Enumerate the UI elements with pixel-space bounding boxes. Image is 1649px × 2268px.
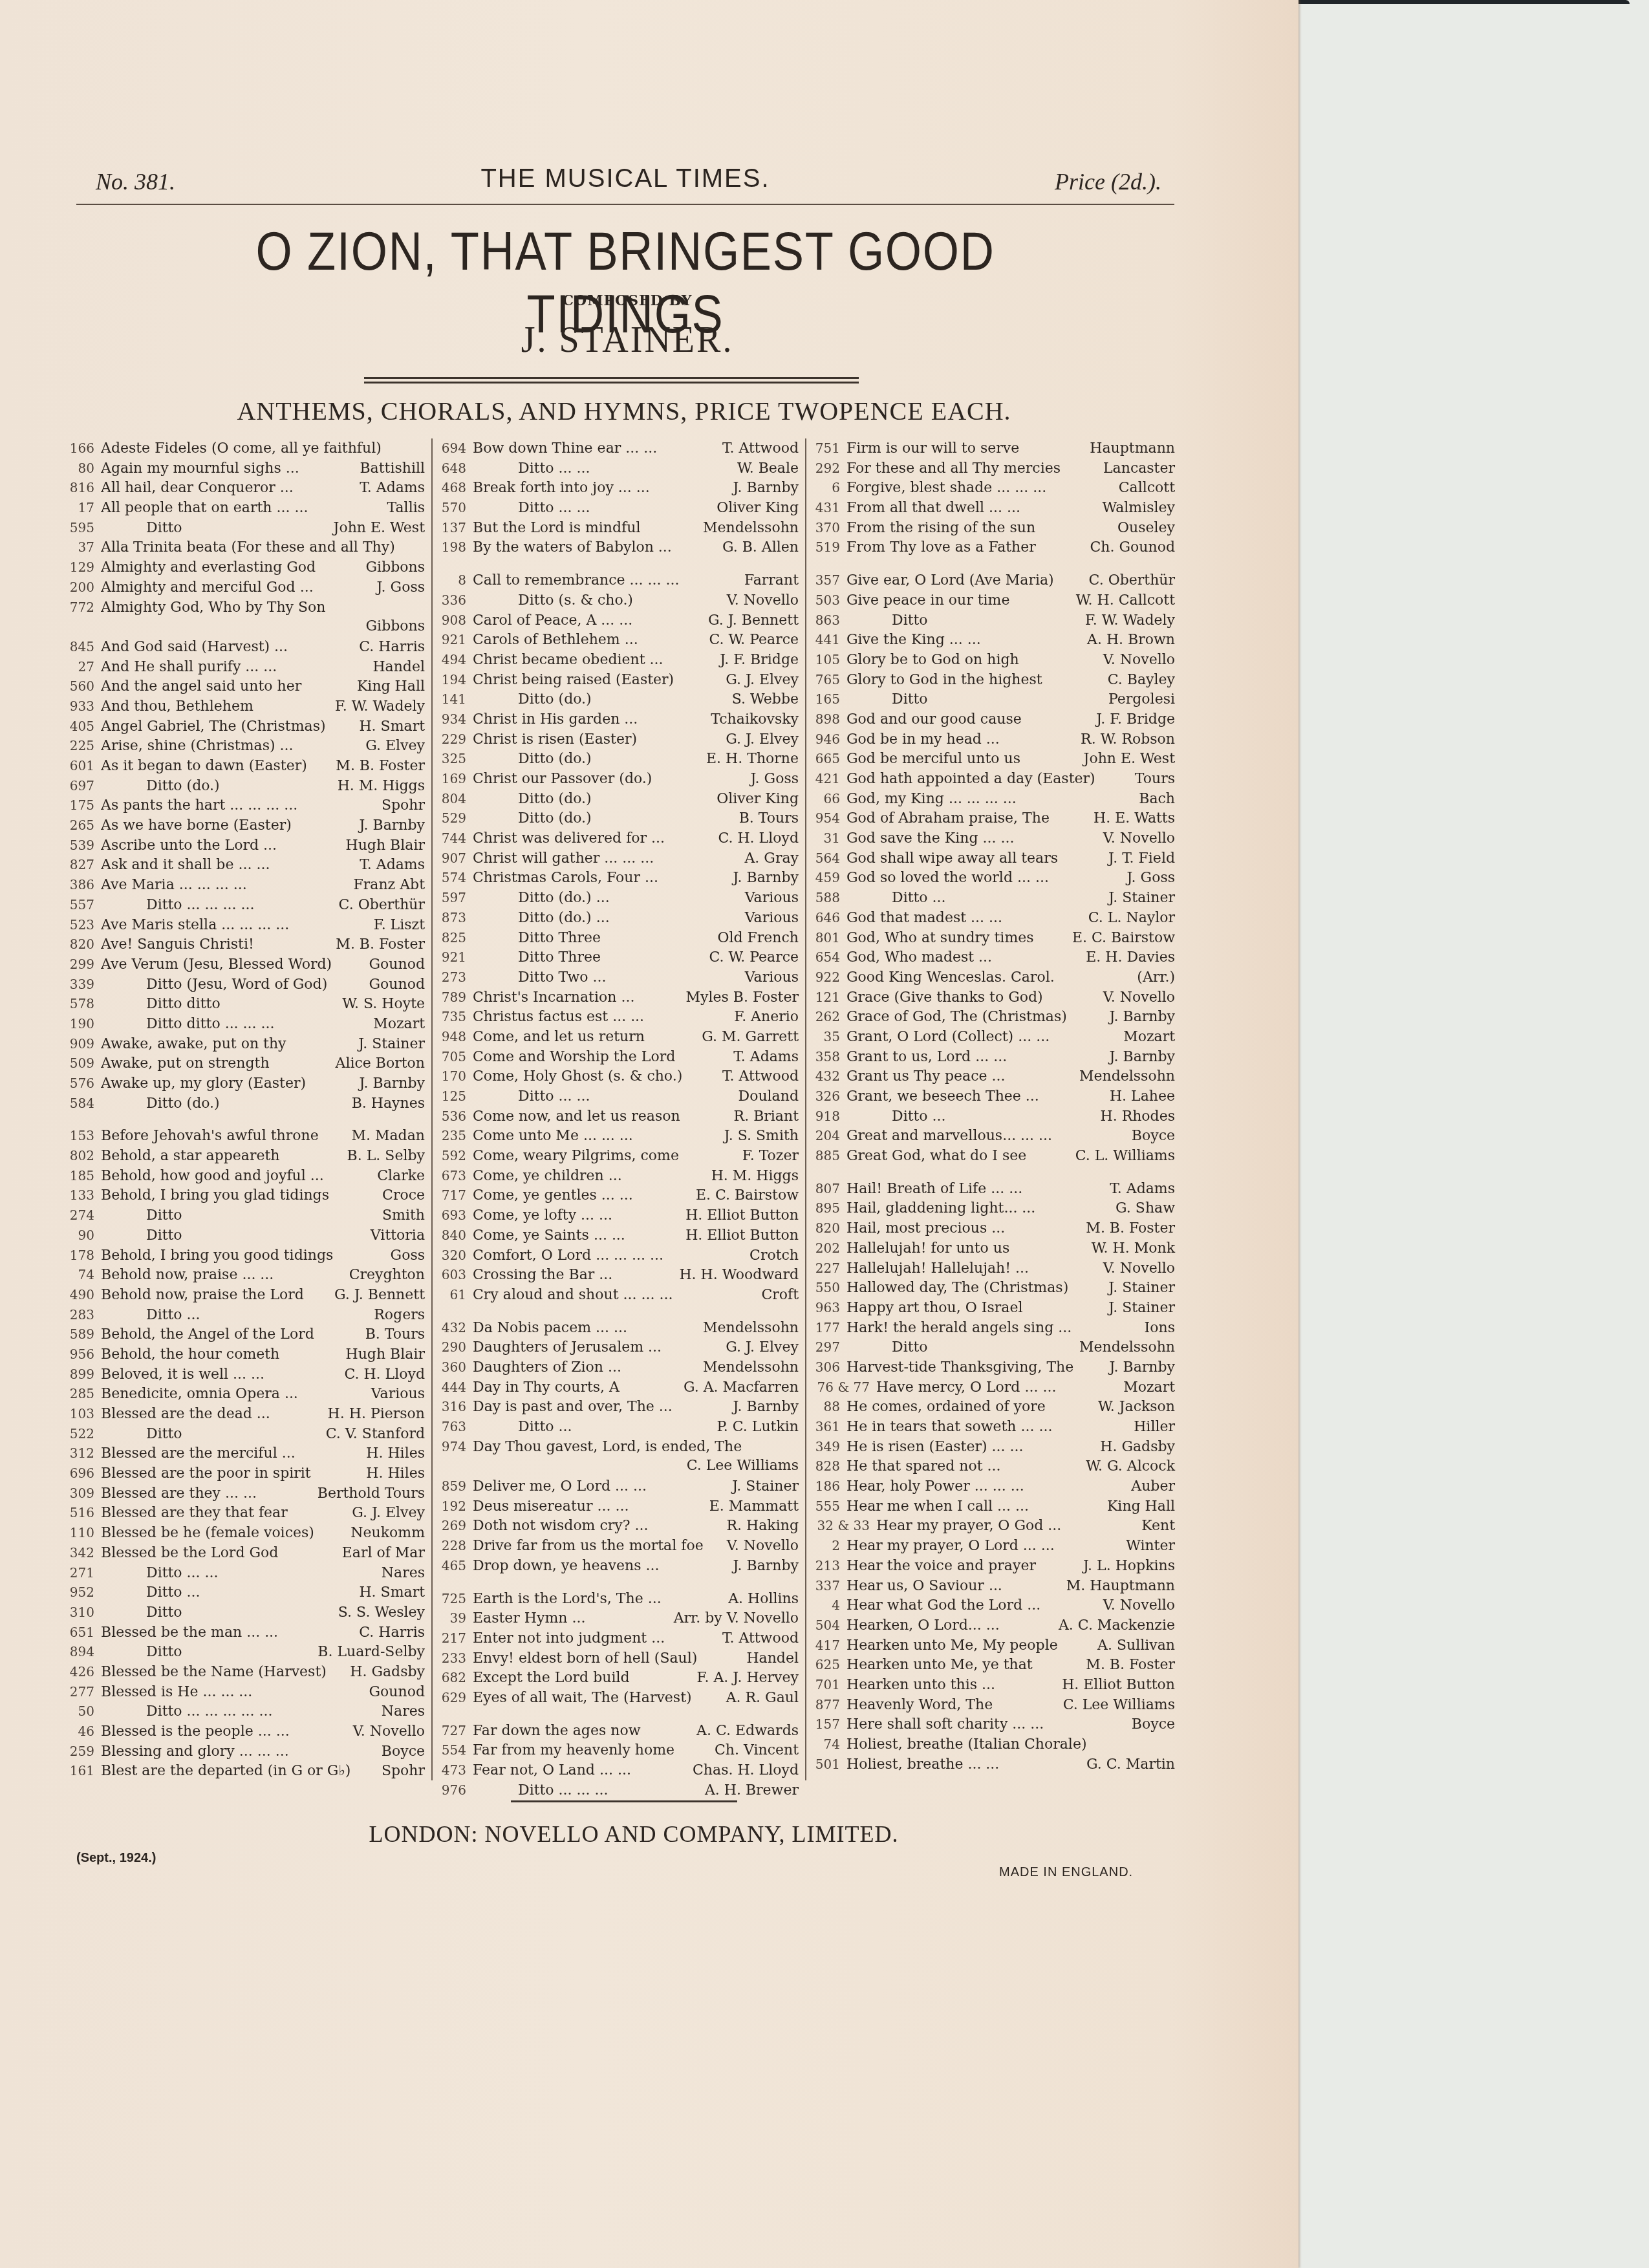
anthem-title: Come, ye children ... xyxy=(473,1167,707,1187)
anthem-title: Ditto ditto xyxy=(101,995,338,1015)
anthem-title: Hear my prayer, O Lord ... ... xyxy=(846,1537,1122,1557)
anthem-title: Almighty God, Who by Thy Son xyxy=(101,598,425,618)
anthem-title: Day in Thy courts, A xyxy=(473,1378,680,1398)
anthem-composer: V. Novello xyxy=(1099,651,1175,671)
catalogue-number: 625 xyxy=(805,1655,846,1675)
catalogue-number: 523 xyxy=(59,915,101,935)
catalogue-entry: 877Heavenly Word, TheC. Lee Williams xyxy=(805,1695,1175,1715)
anthem-title: Day Thou gavest, Lord, is ended, The xyxy=(473,1438,799,1458)
anthem-title: Far down the ages now xyxy=(473,1722,693,1742)
anthem-composer: Mozart xyxy=(1119,1378,1175,1398)
anthem-composer: Kent xyxy=(1137,1517,1175,1537)
anthem-title: Awake, awake, put on thy xyxy=(101,1035,354,1055)
anthem-composer: H. H. Pierson xyxy=(324,1405,425,1425)
publisher-imprint: LONDON: NOVELLO AND COMPANY, LIMITED. xyxy=(0,1820,1267,1848)
catalogue-entry: 39Easter Hymn ...Arr. by V. Novello xyxy=(431,1608,799,1628)
composed-by-label: COMPOSED BY xyxy=(0,292,1255,309)
catalogue-entry: 898God and our good causeJ. F. Bridge xyxy=(805,709,1175,729)
catalogue-column-3: 751Firm is our will to serveHauptmann292… xyxy=(805,438,1175,1774)
anthem-title: God so loved the world ... ... xyxy=(846,869,1123,889)
catalogue-number: 50 xyxy=(59,1701,101,1722)
anthem-composer: J. Barnby xyxy=(1105,1048,1175,1068)
catalogue-entry: 899Beloved, it is well ... ...C. H. Lloy… xyxy=(59,1365,425,1385)
anthem-title: Give ear, O Lord (Ave Maria) xyxy=(846,571,1085,591)
catalogue-number: 725 xyxy=(431,1589,473,1609)
catalogue-entry: 717Come, ye gentles ... ...E. C. Bairsto… xyxy=(431,1185,799,1205)
catalogue-number: 509 xyxy=(59,1053,101,1074)
anthem-title: Come now, and let us reason xyxy=(473,1107,730,1127)
anthem-title: Glory to God in the highest xyxy=(846,671,1104,691)
catalogue-number: 529 xyxy=(431,808,473,828)
catalogue-number: 6 xyxy=(805,478,846,498)
catalogue-entry: 665God be merciful unto usJohn E. West xyxy=(805,749,1175,769)
anthem-composer: B. L. Selby xyxy=(343,1147,425,1167)
anthem-title: Ditto ... ... ... ... ... xyxy=(101,1702,378,1722)
anthem-composer: G. C. Martin xyxy=(1083,1755,1175,1775)
anthem-composer: H. Hiles xyxy=(362,1464,425,1484)
anthem-title: Give peace in our time xyxy=(846,591,1072,611)
catalogue-entry: 357Give ear, O Lord (Ave Maria)C. Oberth… xyxy=(805,570,1175,590)
catalogue-number: 153 xyxy=(59,1126,101,1146)
catalogue-number: 827 xyxy=(59,855,101,875)
catalogue-entry: 137But the Lord is mindfulMendelssohn xyxy=(431,518,799,538)
catalogue-number: 922 xyxy=(805,967,846,988)
catalogue-entry: 801God, Who at sundry timesE. C. Bairsto… xyxy=(805,928,1175,948)
anthem-title: Hearken unto Me, ye that xyxy=(846,1656,1082,1676)
anthem-composer: F. A. J. Hervey xyxy=(693,1669,799,1689)
anthem-composer: J. Stainer xyxy=(728,1477,799,1497)
catalogue-number: 465 xyxy=(431,1556,473,1576)
anthem-composer: Mozart xyxy=(369,1015,425,1035)
anthem-composer: G. M. Garrett xyxy=(698,1028,799,1048)
catalogue-number: 744 xyxy=(431,828,473,848)
anthem-title: Hallelujah! Hallelujah! ... xyxy=(846,1259,1099,1279)
catalogue-entry: 177Hark! the herald angels sing ...Ions xyxy=(805,1318,1175,1338)
anthem-title: Come, ye Saints ... ... xyxy=(473,1226,682,1246)
anthem-title: Grant, O Lord (Collect) ... ... xyxy=(846,1028,1119,1048)
anthem-composer: J. F. Bridge xyxy=(1092,710,1175,730)
anthem-title: Here shall soft charity ... ... xyxy=(846,1715,1128,1735)
anthem-title: Easter Hymn ... xyxy=(473,1609,670,1629)
catalogue-entry: 651Blessed be the man ... ...C. Harris xyxy=(59,1623,425,1643)
anthem-composer: H. Hiles xyxy=(362,1444,425,1464)
catalogue-number: 271 xyxy=(59,1563,101,1583)
catalogue-number: 859 xyxy=(431,1476,473,1496)
anthem-title: Drive far from us the mortal foe xyxy=(473,1537,723,1557)
anthem-title: Blest are the departed (in G or G♭) xyxy=(101,1762,378,1782)
catalogue-number: 349 xyxy=(805,1437,846,1457)
price-label: Price (2d.). xyxy=(1055,168,1161,195)
anthem-title: Ditto ... xyxy=(846,889,1105,909)
anthem-title: Christmas Carols, Four ... xyxy=(473,869,729,889)
catalogue-number: 265 xyxy=(59,815,101,836)
catalogue-number: 503 xyxy=(805,590,846,610)
catalogue-entry: 80Again my mournful sighs ...Battishill xyxy=(59,459,425,479)
anthem-composer: E. C. Bairstow xyxy=(1068,929,1175,949)
catalogue-number: 312 xyxy=(59,1443,101,1463)
catalogue-number: 954 xyxy=(805,808,846,828)
catalogue-entry: 468Break forth into joy ... ...J. Barnby xyxy=(431,478,799,498)
catalogue-number: 339 xyxy=(59,975,101,995)
anthem-composer: B. Luard-Selby xyxy=(314,1643,425,1663)
catalogue-entry: 885Great God, what do I seeC. L. William… xyxy=(805,1146,1175,1166)
catalogue-entry: 88He comes, ordained of yoreW. Jackson xyxy=(805,1397,1175,1417)
catalogue-number: 32 & 33 xyxy=(805,1516,876,1536)
anthem-title: Carols of Bethlehem ... xyxy=(473,631,705,651)
anthem-composer: John E. West xyxy=(1080,750,1175,770)
anthem-title: From all that dwell ... ... xyxy=(846,499,1098,519)
anthem-composer: Vittoria xyxy=(367,1226,425,1246)
anthem-title: Grace of God, The (Christmas) xyxy=(846,1008,1105,1028)
catalogue-entry: 360Daughters of Zion ...Mendelssohn xyxy=(431,1357,799,1377)
anthem-title: Ditto ... xyxy=(473,1418,713,1438)
catalogue-entry: 2Hear my prayer, O Lord ... ...Winter xyxy=(805,1536,1175,1556)
anthem-title: But the Lord is mindful xyxy=(473,519,699,539)
catalogue-number: 576 xyxy=(59,1074,101,1094)
catalogue-entry: 337Hear us, O Saviour ...M. Hauptmann xyxy=(805,1576,1175,1596)
anthem-title: Ditto ditto ... ... ... xyxy=(101,1015,369,1035)
publication-date: (Sept., 1924.) xyxy=(76,1851,156,1866)
anthem-composer: J. Barnby xyxy=(729,479,799,499)
catalogue-number: 873 xyxy=(431,908,473,928)
catalogue-number: 840 xyxy=(431,1226,473,1246)
catalogue-entry: 550Hallowed day, The (Christmas)J. Stain… xyxy=(805,1278,1175,1298)
anthem-composer: H. Gadsby xyxy=(346,1663,425,1683)
catalogue-heading: ANTHEMS, CHORALS, AND HYMNS, PRICE TWOPE… xyxy=(0,396,1248,426)
anthem-title: Good King Wenceslas. Carol. xyxy=(846,968,1133,988)
catalogue-number: 4 xyxy=(805,1595,846,1615)
anthem-title: From Thy love as a Father xyxy=(846,538,1086,558)
anthem-title: God be in my head ... xyxy=(846,730,1077,750)
anthem-composer: T. Adams xyxy=(1106,1180,1175,1200)
anthem-title: Hallelujah! for unto us xyxy=(846,1239,1088,1259)
catalogue-number: 976 xyxy=(431,1780,473,1800)
catalogue-number: 584 xyxy=(59,1094,101,1114)
catalogue-entry: 90DittoVittoria xyxy=(59,1226,425,1246)
catalogue-number: 262 xyxy=(805,1007,846,1027)
anthem-title: Daughters of Jerusalem ... xyxy=(473,1338,722,1358)
catalogue-entry: 570Ditto ... ...Oliver King xyxy=(431,498,799,518)
catalogue-number: 310 xyxy=(59,1603,101,1623)
catalogue-number: 61 xyxy=(431,1285,473,1305)
catalogue-entry: 907Christ will gather ... ... ...A. Gray xyxy=(431,848,799,869)
anthem-composer: J. L. Hopkins xyxy=(1079,1557,1175,1577)
anthem-title: Christ will gather ... ... ... xyxy=(473,849,740,869)
catalogue-number: 217 xyxy=(431,1628,473,1648)
catalogue-entry: 265As we have borne (Easter)J. Barnby xyxy=(59,815,425,836)
made-in-label: MADE IN ENGLAND. xyxy=(999,1865,1133,1880)
anthem-composer: R. Haking xyxy=(723,1517,799,1537)
catalogue-number: 74 xyxy=(59,1265,101,1285)
anthem-title: Come, ye lofty ... ... xyxy=(473,1206,682,1226)
anthem-composer: V. Novello xyxy=(723,591,799,611)
anthem-title: Ask and it shall be ... ... xyxy=(101,856,356,876)
catalogue-entry: 564God shall wipe away all tearsJ. T. Fi… xyxy=(805,848,1175,869)
anthem-title: Happy art thou, O Israel xyxy=(846,1299,1105,1319)
anthem-title: Deus misereatur ... ... xyxy=(473,1497,706,1517)
anthem-composer: H. M. Higgs xyxy=(334,777,425,797)
anthem-title: Behold, a star appeareth xyxy=(101,1147,343,1167)
anthem-composer: Crotch xyxy=(746,1246,799,1266)
anthem-title: Again my mournful sighs ... xyxy=(101,459,356,479)
catalogue-entry: 35Grant, O Lord (Collect) ... ...Mozart xyxy=(805,1027,1175,1047)
catalogue-entry: 816All hail, dear Conqueror ...T. Adams xyxy=(59,478,425,498)
catalogue-number: 564 xyxy=(805,848,846,869)
anthem-composer: S. Webbe xyxy=(728,690,799,710)
catalogue-number: 885 xyxy=(805,1146,846,1166)
catalogue-entry: 948Come, and let us returnG. M. Garrett xyxy=(431,1027,799,1047)
catalogue-number: 431 xyxy=(805,498,846,518)
anthem-composer: Croce xyxy=(378,1186,425,1206)
catalogue-number: 421 xyxy=(805,769,846,789)
catalogue-entry: 522DittoC. V. Stanford xyxy=(59,1424,425,1444)
catalogue-entry: 933And thou, BethlehemF. W. Wadely xyxy=(59,697,425,717)
catalogue-entry: 908Carol of Peace, A ... ...G. J. Bennet… xyxy=(431,610,799,631)
catalogue-entry: 336Ditto (s. & cho.)V. Novello xyxy=(431,590,799,610)
anthem-title: Have mercy, O Lord ... ... xyxy=(876,1378,1119,1398)
catalogue-number: 519 xyxy=(805,537,846,557)
catalogue-entry: 894DittoB. Luard-Selby xyxy=(59,1642,425,1662)
anthem-title: Great God, what do I see xyxy=(846,1147,1072,1167)
anthem-composer: Mendelssohn xyxy=(699,1319,799,1339)
anthem-composer: W. S. Hoyte xyxy=(338,995,425,1015)
catalogue-number: 283 xyxy=(59,1305,101,1325)
catalogue-entry: 509Awake, put on strengthAlice Borton xyxy=(59,1053,425,1074)
catalogue-entry: 441Give the King ... ...A. H. Brown xyxy=(805,630,1175,650)
anthem-title: God, my King ... ... ... ... xyxy=(846,790,1135,810)
catalogue-number: 921 xyxy=(431,630,473,650)
anthem-composer: C. W. Pearce xyxy=(705,631,799,651)
catalogue-number: 259 xyxy=(59,1742,101,1762)
composer-name: J. STAINER. xyxy=(0,319,1255,361)
anthem-composer: G. J. Bennett xyxy=(330,1286,425,1306)
catalogue-number: 125 xyxy=(431,1086,473,1107)
catalogue-number: 432 xyxy=(431,1318,473,1338)
catalogue-entry: 918Ditto ...H. Rhodes xyxy=(805,1107,1175,1127)
catalogue-entry: 646God that madest ... ...C. L. Naylor xyxy=(805,908,1175,928)
anthem-composer: G. J. Elvey xyxy=(722,671,799,691)
catalogue-number: 417 xyxy=(805,1636,846,1656)
anthem-composer: A. R. Gaul xyxy=(722,1689,799,1709)
anthem-composer: W. H. Monk xyxy=(1088,1239,1175,1259)
catalogue-number: 175 xyxy=(59,795,101,815)
catalogue-number: 269 xyxy=(431,1516,473,1536)
catalogue-number: 2 xyxy=(805,1536,846,1556)
catalogue-number: 946 xyxy=(805,729,846,750)
anthem-title: Behold, the Angel of the Lord xyxy=(101,1325,361,1345)
anthem-composer: G. B. Allen xyxy=(718,538,799,558)
anthem-title: Deliver me, O Lord ... ... xyxy=(473,1477,728,1497)
anthem-composer: C. H. Lloyd xyxy=(714,829,799,849)
catalogue-number: 357 xyxy=(805,570,846,590)
catalogue-number: 105 xyxy=(805,650,846,670)
catalogue-number: 441 xyxy=(805,630,846,650)
catalogue-entry: 934Christ in His garden ...Tchaikovsky xyxy=(431,709,799,729)
catalogue-entry: 339Ditto (Jesu, Word of God)Gounod xyxy=(59,975,425,995)
catalogue-entry: 133Behold, I bring you glad tidingsCroce xyxy=(59,1185,425,1205)
anthem-title: Ditto ... ... xyxy=(473,499,713,519)
publication-name: THE MUSICAL TIMES. xyxy=(76,164,1174,193)
anthem-composer: Ch. Gounod xyxy=(1086,538,1175,558)
catalogue-entry: 705Come and Worship the LordT. Adams xyxy=(431,1047,799,1067)
anthem-title: Ditto ... ... xyxy=(473,1087,735,1107)
catalogue-number: 432 xyxy=(805,1066,846,1086)
catalogue-entry: 274DittoSmith xyxy=(59,1205,425,1226)
catalogue-number: 170 xyxy=(431,1066,473,1086)
anthem-composer: M. B. Foster xyxy=(1082,1219,1175,1239)
anthem-title: Great and marvellous... ... ... xyxy=(846,1127,1128,1147)
anthem-composer: King Hall xyxy=(1103,1497,1175,1517)
catalogue-number: 405 xyxy=(59,717,101,737)
catalogue-number: 504 xyxy=(805,1615,846,1636)
anthem-title: Almighty and merciful God ... xyxy=(101,578,373,598)
anthem-composer: B. Tours xyxy=(361,1325,425,1345)
anthem-composer: Mozart xyxy=(1119,1028,1175,1048)
anthem-composer: Oliver King xyxy=(713,499,799,519)
anthem-composer: H. Smart xyxy=(355,717,425,737)
catalogue-number: 169 xyxy=(431,769,473,789)
catalogue-number: 316 xyxy=(431,1397,473,1417)
anthem-title: Ditto (s. & cho.) xyxy=(473,591,723,611)
anthem-composer: Nares xyxy=(378,1702,425,1722)
catalogue-entry: 105Glory be to God on highV. Novello xyxy=(805,650,1175,670)
anthem-composer: A. Hollins xyxy=(724,1590,799,1610)
catalogue-number: 233 xyxy=(431,1648,473,1669)
anthem-title: And He shall purify ... ... xyxy=(101,658,369,678)
catalogue-number: 468 xyxy=(431,478,473,498)
anthem-title: Ditto ... xyxy=(101,1306,370,1326)
anthem-composer: C. H. Lloyd xyxy=(340,1365,425,1385)
anthem-composer: G. J. Elvey xyxy=(722,1338,799,1358)
catalogue-entry: 859Deliver me, O Lord ... ...J. Stainer xyxy=(431,1476,799,1496)
anthem-composer: J. Stainer xyxy=(354,1035,425,1055)
anthem-title: Heavenly Word, The xyxy=(846,1696,1059,1716)
anthem-composer: F. W. Wadely xyxy=(1081,611,1175,631)
anthem-composer: Bach xyxy=(1135,790,1175,810)
anthem-composer: Croft xyxy=(757,1286,799,1306)
anthem-composer: M. B. Foster xyxy=(1082,1656,1175,1676)
catalogue-entry: 765Glory to God in the highestC. Bayley xyxy=(805,670,1175,690)
anthem-composer: Winter xyxy=(1122,1537,1175,1557)
anthem-composer: Handel xyxy=(742,1649,799,1669)
anthem-title: Blessed be the Name (Harvest) xyxy=(101,1663,346,1683)
anthem-composer: T. Adams xyxy=(356,479,425,499)
catalogue-number: 157 xyxy=(805,1714,846,1734)
catalogue-number: 490 xyxy=(59,1285,101,1305)
anthem-composer: T. Attwood xyxy=(718,1629,799,1649)
catalogue-number: 816 xyxy=(59,478,101,498)
catalogue-entry: 459God so loved the world ... ...J. Goss xyxy=(805,868,1175,888)
catalogue-number: 588 xyxy=(805,888,846,908)
anthem-composer: J. Goss xyxy=(1123,869,1176,889)
anthem-title: Behold now, praise the Lord xyxy=(101,1286,330,1306)
catalogue-entry: 444Day in Thy courts, AG. A. Macfarren xyxy=(431,1377,799,1398)
catalogue-entry: 166Adeste Fideles (O come, all ye faithf… xyxy=(59,438,425,459)
catalogue-entry: 325Ditto (do.)E. H. Thorne xyxy=(431,749,799,769)
catalogue-number: 765 xyxy=(805,670,846,690)
footer-rule xyxy=(511,1800,737,1802)
catalogue-number: 895 xyxy=(805,1198,846,1218)
anthem-title: By the waters of Babylon ... xyxy=(473,538,718,558)
anthem-composer: Tallis xyxy=(383,499,425,519)
catalogue-number: 8 xyxy=(431,570,473,590)
anthem-title: Behold, how good and joyful ... xyxy=(101,1167,373,1187)
catalogue-entry: 229Christ is risen (Easter)G. J. Elvey xyxy=(431,729,799,750)
catalogue-number: 326 xyxy=(805,1086,846,1107)
anthem-title: Ave Maris stella ... ... ... ... xyxy=(101,916,370,936)
anthem-title: Christ is risen (Easter) xyxy=(473,730,722,750)
anthem-title: Arise, shine (Christmas) ... xyxy=(101,737,361,757)
catalogue-number: 603 xyxy=(431,1265,473,1285)
catalogue-number: 907 xyxy=(431,848,473,869)
catalogue-entry: 588Ditto ...J. Stainer xyxy=(805,888,1175,908)
anthem-title: God that madest ... ... xyxy=(846,909,1084,929)
anthem-title: Blessed are they ... ... xyxy=(101,1484,314,1504)
catalogue-entry: 185Behold, how good and joyful ...Clarke xyxy=(59,1166,425,1186)
anthem-title: Blessed is the people ... ... xyxy=(101,1722,349,1742)
anthem-composer: H. Elliot Button xyxy=(682,1206,799,1226)
anthem-title: Awake, put on strength xyxy=(101,1054,332,1074)
anthem-title: Hear the voice and prayer xyxy=(846,1557,1079,1577)
double-rule-divider xyxy=(364,377,859,383)
catalogue-entry: 503Give peace in our timeW. H. Callcott xyxy=(805,590,1175,610)
anthem-title: Ditto Two ... xyxy=(473,968,741,988)
anthem-composer: H. M. Higgs xyxy=(707,1167,799,1187)
catalogue-number: 651 xyxy=(59,1623,101,1643)
anthem-composer: Pergolesi xyxy=(1105,690,1175,710)
catalogue-entry: 827Ask and it shall be ... ...T. Adams xyxy=(59,855,425,875)
catalogue-number: 74 xyxy=(805,1734,846,1755)
catalogue-entry: 17All people that on earth ... ...Tallis xyxy=(59,498,425,518)
catalogue-number: 952 xyxy=(59,1582,101,1603)
catalogue-number: 697 xyxy=(59,776,101,796)
catalogue-entry: 825Ditto ThreeOld French xyxy=(431,928,799,948)
anthem-title: Blessed be the man ... ... xyxy=(101,1623,355,1643)
catalogue-number: 110 xyxy=(59,1523,101,1543)
anthem-title: Ditto ... ... xyxy=(473,459,733,479)
catalogue-entry: 751Firm is our will to serveHauptmann xyxy=(805,438,1175,459)
catalogue-entry: 789Christ's Incarnation ...Myles B. Fost… xyxy=(431,988,799,1008)
anthem-composer: Goss xyxy=(387,1246,425,1266)
anthem-title: Hear me when I call ... ... xyxy=(846,1497,1103,1517)
catalogue-number: 536 xyxy=(431,1107,473,1127)
catalogue-entry: 361He in tears that soweth ... ...Hiller xyxy=(805,1417,1175,1437)
catalogue-column-2: 694Bow down Thine ear ... ...T. Attwood6… xyxy=(431,438,799,1800)
catalogue-number: 629 xyxy=(431,1688,473,1708)
anthem-composer: F. W. Wadely xyxy=(331,697,425,717)
anthem-composer: Mendelssohn xyxy=(1075,1338,1175,1358)
catalogue-entry: 727Far down the ages nowA. C. Edwards xyxy=(431,1721,799,1741)
catalogue-number: 37 xyxy=(59,537,101,557)
catalogue-entry: 225Arise, shine (Christmas) ...G. Elvey xyxy=(59,736,425,756)
catalogue-number: 574 xyxy=(431,868,473,888)
catalogue-entry: 273Ditto Two ...Various xyxy=(431,967,799,988)
catalogue-entry: 198By the waters of Babylon ...G. B. All… xyxy=(431,537,799,557)
anthem-composer: J. Barnby xyxy=(1105,1358,1175,1378)
catalogue-number: 80 xyxy=(59,459,101,479)
catalogue-number: 908 xyxy=(431,610,473,631)
catalogue-entry: 697Ditto (do.)H. M. Higgs xyxy=(59,776,425,796)
anthem-composer: Walmisley xyxy=(1098,499,1175,519)
anthem-title: Daughters of Zion ... xyxy=(473,1358,699,1378)
catalogue-entry: 310DittoS. S. Wesley xyxy=(59,1603,425,1623)
anthem-composer: Spohr xyxy=(378,796,425,816)
anthem-composer: Gounod xyxy=(365,955,426,975)
anthem-title: God of Abraham praise, The xyxy=(846,809,1090,829)
catalogue-number: 192 xyxy=(431,1496,473,1517)
anthem-title: God be merciful unto us xyxy=(846,750,1080,770)
catalogue-number: 717 xyxy=(431,1185,473,1205)
